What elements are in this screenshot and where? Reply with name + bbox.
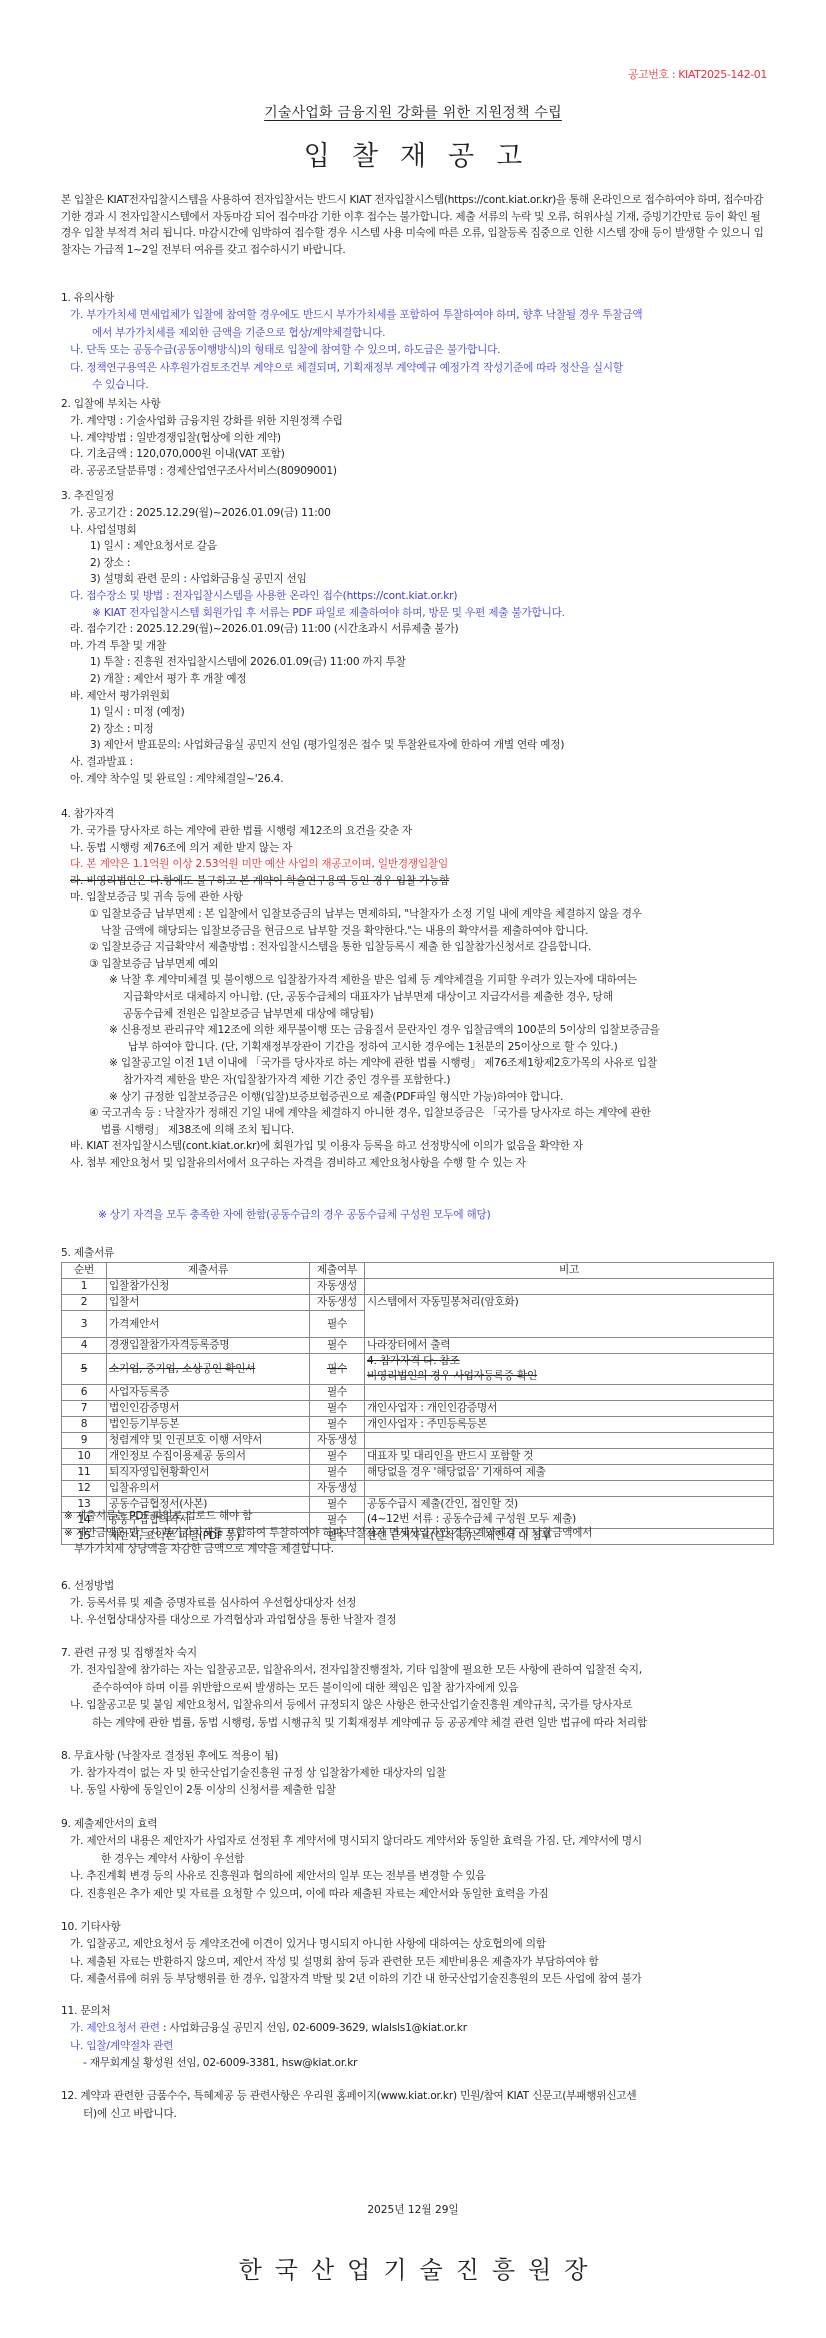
qualification-note: ※ 상기 자격을 모두 충족한 자에 한함(공동수급의 경우 공동수급체 구성원… [98,1207,818,1224]
deposit-exception: ③ 입찰보증금 납부면제 예외 [61,956,781,973]
item-ga: 가. 부가가치세 면세업체가 입찰에 참여할 경우에도 반드시 부가가치세를 포… [61,307,781,325]
cell-note: 해당없을 경우 '해당없음' 기재하여 제출 [365,1465,774,1481]
misc-na: 나. 제출된 자료는 반환하지 않으며, 제안서 작성 및 설명회 참여 등과 … [61,1954,781,1972]
cell-document: 입찰유의서 [107,1481,310,1497]
item-da: 다. 정책연구용역은 사후원가검토조건부 계약으로 체결되며, 기획재정부 계약… [61,360,781,378]
selection-ga: 가. 등록서류 및 제출 증명자료를 심사하여 우선협상대상자 선정 [61,1595,781,1612]
invalidity-ga: 가. 참가자격이 없는 자 및 한국산업기술진흥원 규정 상 입찰참가제한 대상… [61,1765,781,1782]
table-row: 10 개인정보 수집이용제공 동의서 필수 대표자 및 대리인을 반드시 포함할… [62,1449,774,1465]
bid-notice-document: 공고번호 : KIAT2025-142-01 기술사업화 금융지원 강화를 위한… [0,0,826,2338]
bidding-opening: 마. 가격 투찰 및 개찰 [61,638,781,655]
cell-document: 경쟁입찰참가자격등록증명 [107,1338,310,1354]
forfeiture-cont: 법률 시행령」 제38조에 의해 조치 됩니다. [61,1122,781,1139]
presentation-contact: 3) 제안서 발표문의: 사업화금융실 공민지 선임 (평가일정은 접수 및 투… [61,737,781,754]
cell-note [365,1481,774,1497]
pdf-note: ※ 제출서류는 PDF 파일로 업로드 해야 함 [64,1508,784,1525]
section-5-heading: 5. 제출서류 [61,1245,781,1262]
cell-document: 법인등기부등본 [107,1417,310,1433]
cell-no: 7 [62,1401,107,1417]
section-heading: 4. 참가자격 [61,805,781,823]
document-subtitle: 기술사업화 금융지원 강화를 위한 지원정책 수립 [0,106,826,120]
section-6-selection: 6. 선정방법 가. 등록서류 및 제출 증명자료를 심사하여 우선협상대상자 … [61,1577,781,1628]
deposit-pledge-method: ② 입찰보증금 지급확약서 제출방법 : 전자입찰시스템을 통한 입찰등록시 제… [61,939,781,956]
contact-rfp: 가. 제안요청서 관련 : 사업화금융실 공민지 선임, 02-6009-362… [61,2020,781,2038]
contact-rfp-value: : 사업화금융실 공민지 선임, 02-6009-3629, wlalsls1@… [160,2022,467,2034]
section-1-cautions: 1. 유의사항 가. 부가가치세 면세업체가 입찰에 참여할 경우에도 반드시 … [61,289,781,395]
base-amount: 다. 기초금액 : 120,070,000원 이내(VAT 포함) [61,446,781,463]
validity-da: 다. 진흥원은 추가 제안 및 자료를 요청할 수 있으며, 이에 따라 제출된… [61,1886,781,1904]
table-row: 12 입찰유의서 자동생성 [62,1481,774,1497]
qual-na: 나. 동법 시행령 제76조에 의거 제한 받지 않는 자 [61,840,781,857]
cell-no: 6 [62,1385,107,1401]
deposit-exemption-cont: 낙찰 금액에 해당되는 입찰보증금을 현금으로 납부할 것을 확약한다."는 내… [61,923,781,940]
section-4-qualifications: 4. 참가자격 가. 국가를 당사자로 하는 계약에 관한 법률 시행령 제12… [61,805,781,1171]
col-header-required: 제출여부 [310,1263,365,1279]
cell-document: 사업자등록증 [107,1385,310,1401]
cell-no: 3 [62,1311,107,1338]
briefing-session: 나. 사업설명회 [61,522,781,539]
cell-document: 퇴직자영입현황확인서 [107,1465,310,1481]
invalidity-na: 나. 동일 사항에 동일인이 2통 이상의 신청서를 제출한 입찰 [61,1782,781,1799]
col-header-document: 제출서류 [107,1263,310,1279]
evaluation-date: 1) 일시 : 미정 (예정) [61,704,781,721]
issuer-signature: 한국산업기술진흥원장 [0,2258,826,2282]
col-header-no: 순번 [62,1263,107,1279]
regulation-ga: 가. 전자입찰에 참가하는 자는 입찰공고문, 입찰유의서, 전자입찰진행절차,… [61,1662,781,1680]
cell-required: 자동생성 [310,1433,365,1449]
section-10-misc: 10. 기타사항 가. 입찰공고, 제안요청서 등 계약조건에 이견이 있거나 … [61,1918,781,1989]
report-text: 12. 계약과 관련한 금품수수, 특혜제공 등 관련사항은 우리원 홈페이지(… [61,2088,781,2106]
cell-note: 대표자 및 대리인을 반드시 포함할 것 [365,1449,774,1465]
qual-sa: 사. 첨부 제안요청서 및 입찰유의서에서 요구하는 자격을 겸비하고 제안요청… [61,1155,781,1172]
item-da-cont: 수 있습니다. [61,377,781,395]
result-announcement: 사. 결과발표 : [61,754,781,771]
cell-document: 입찰참가신청 [107,1279,310,1295]
table-row-struck: 5 소기업, 중기업, 소상공인 확인서 필수 4. 참가자격 다. 참조 비영… [62,1354,774,1385]
section-heading: 9. 제출제안서의 효력 [61,1815,781,1833]
intro-paragraph: 본 입찰은 KIAT전자입찰시스템을 사용하여 전자입찰서는 반드시 KIAT … [61,192,771,258]
cell-required: 필수 [310,1385,365,1401]
validity-ga: 가. 제안서의 내용은 제안자가 사업자로 선정된 후 계약서에 명시되지 않더… [61,1833,781,1851]
note-line-1: 4. 참가자격 다. 참조 [367,1354,771,1369]
cell-note: 나라장터에서 출력 [365,1338,774,1354]
section-9-proposal-validity: 9. 제출제안서의 효력 가. 제안서의 내용은 제안자가 사업자로 선정된 후… [61,1815,781,1903]
exception-note-3: ※ 입찰공고일 이전 1년 이내에 「국가를 당사자로 하는 계약에 관한 법률… [61,1055,781,1072]
table-row: 9 청렴계약 및 인권보호 이행 서약서 자동생성 [62,1433,774,1449]
cell-required: 필수 [310,1449,365,1465]
subtitle-text: 기술사업화 금융지원 강화를 위한 지원정책 수립 [264,105,562,121]
submission-method: 다. 접수장소 및 방법 : 전자입찰시스템을 사용한 온라인 접수(https… [61,588,781,605]
cell-required: 필수 [310,1465,365,1481]
cell-note [365,1433,774,1449]
opening: 2) 개찰 : 제안서 평가 후 개찰 예정 [61,671,781,688]
section-5-notes: ※ 제출서류는 PDF 파일로 업로드 해야 함 ※ 제안금액은 반드시 부가가… [64,1508,784,1558]
bidding: 1) 투찰 : 진흥원 전자입찰시스템에 2026.01.09(금) 11:00… [61,654,781,671]
cell-required: 필수 [310,1401,365,1417]
exception-note-1-cont2: 공동수급체 전원은 입찰보증금 납부면제 대상에 해당됨) [61,1006,781,1023]
qual-ra-struck: 라. 비영리법인은 다.항에도 불구하고 본 계약이 학술연구용역 등인 경우 … [61,873,781,890]
section-heading: 8. 무효사항 (낙찰자로 결정된 후에도 적용이 됨) [61,1747,781,1765]
announcement-period: 가. 공고기간 : 2025.12.29(월)~2026.01.09(금) 11… [61,505,781,522]
cell-document: 소기업, 중기업, 소상공인 확인서 [107,1354,310,1385]
exception-note-1: ※ 낙찰 후 계약미체결 및 불이행으로 입찰참가자격 제한을 받은 업체 등 … [61,972,781,989]
cell-note: 4. 참가자격 다. 참조 비영리법인의 경우 사업자등록증 확인 [365,1354,774,1385]
table-row: 11 퇴직자영입현황확인서 필수 해당없을 경우 '해당없음' 기재하여 제출 [62,1465,774,1481]
cell-required: 필수 [310,1354,365,1385]
briefing-date: 1) 일시 : 제안요청서로 갈음 [61,538,781,555]
section-heading: 10. 기타사항 [61,1918,781,1936]
qual-ba: 바. KIAT 전자입찰시스템(cont.kiat.or.kr)에 회원가입 및… [61,1138,781,1155]
cell-no: 2 [62,1295,107,1311]
cell-required: 필수 [310,1417,365,1433]
section-3-schedule: 3. 추진일정 가. 공고기간 : 2025.12.29(월)~2026.01.… [61,487,781,787]
cell-required: 필수 [310,1338,365,1354]
cell-note: 개인사업자 : 주민등록등본 [365,1417,774,1433]
procurement-category: 라. 공공조달분류명 : 경제산업연구조사서비스(80909001) [61,463,781,480]
contract-method: 나. 계약방법 : 일반경쟁입찰(협상에 의한 계약) [61,430,781,447]
contract-period: 아. 계약 착수일 및 완료일 : 계약체결일~'26.4. [61,771,781,788]
table-row: 1 입찰참가신청 자동생성 [62,1279,774,1295]
contact-bid-label: 나. 입찰/계약절차 관련 [61,2038,781,2056]
briefing-contact: 3) 설명회 관련 문의 : 사업화금융실 공민지 선임 [61,571,781,588]
section-heading: 7. 관련 규정 및 집행절차 숙지 [61,1644,781,1662]
cell-no: 1 [62,1279,107,1295]
cell-document: 입찰서 [107,1295,310,1311]
exception-note-1-cont1: 지급확약서로 대체하지 아니함. (단, 공동수급체의 대표자가 납부면제 대상… [61,989,781,1006]
misc-da: 다. 제출서류에 허위 등 부당행위를 한 경우, 입찰자격 박탈 및 2년 이… [61,1971,781,1989]
section-heading: 11. 문의처 [61,2002,781,2020]
deposit-exemption: ① 입찰보증금 납부면제 : 본 입찰에서 입찰보증금의 납부는 면제하되, "… [61,906,781,923]
cell-no: 12 [62,1481,107,1497]
cell-no: 10 [62,1449,107,1465]
table-row: 6 사업자등록증 필수 [62,1385,774,1401]
issue-date: 2025년 12월 29일 [0,2205,826,2216]
section-8-invalidity: 8. 무효사항 (낙찰자로 결정된 후에도 적용이 됨) 가. 참가자격이 없는… [61,1747,781,1798]
validity-na: 나. 추진계획 변경 등의 사유로 진흥원과 협의하에 제안서의 일부 또는 전… [61,1868,781,1886]
regulation-na: 나. 입찰공고문 및 붙임 제안요청서, 입찰유의서 등에서 규정되지 않은 사… [61,1697,781,1715]
cell-required: 자동생성 [310,1295,365,1311]
table-row: 7 법인인감증명서 필수 개인사업자 : 개인인감증명서 [62,1401,774,1417]
forfeiture: ④ 국고귀속 등 : 낙찰자가 정해진 기일 내에 계약을 체결하지 아니한 경… [61,1105,781,1122]
cell-required: 자동생성 [310,1279,365,1295]
section-heading: 2. 입찰에 부치는 사항 [61,395,781,413]
table-row: 4 경쟁입찰참가자격등록증명 필수 나라장터에서 출력 [62,1338,774,1354]
cell-document: 가격제안서 [107,1311,310,1338]
cell-note: 시스템에서 자동밀봉처리(암호화) [365,1295,774,1338]
cell-document: 청렴계약 및 인권보호 이행 서약서 [107,1433,310,1449]
briefing-place: 2) 장소 : [61,555,781,572]
section-12-report: 12. 계약과 관련한 금품수수, 특혜제공 등 관련사항은 우리원 홈페이지(… [61,2088,781,2123]
note-line-2: 비영리법인의 경우 사업자등록증 확인 [367,1369,771,1384]
item-ga-cont: 에서 부가가치세를 제외한 금액을 기준으로 협상/계약체결합니다. [61,325,781,343]
exception-note-2: ※ 신용정보 관리규약 제12조에 의한 채무불이행 또는 금융질서 문란자인 … [61,1022,781,1039]
exception-note-4: ※ 상기 규정한 입찰보증금은 이행(입찰)보증보험증권으로 제출(PDF파일 … [61,1089,781,1106]
cell-note: 개인사업자 : 개인인감증명서 [365,1401,774,1417]
qual-da: 다. 본 계약은 1.1억원 이상 2.53억원 미만 예산 사업의 재공고이며… [61,856,781,873]
qual-ga: 가. 국가를 당사자로 하는 계약에 관한 법률 시행령 제12조의 요건을 갖… [61,823,781,840]
cell-document: 개인정보 수집이용제공 동의서 [107,1449,310,1465]
section-7-regulations: 7. 관련 규정 및 집행절차 숙지 가. 전자입찰에 참가하는 자는 입찰공고… [61,1644,781,1732]
vat-note-cont: 부가가치세 상당액을 차감한 금액으로 계약을 체결합니다. [64,1541,784,1558]
section-heading: 5. 제출서류 [61,1245,781,1262]
cell-no: 4 [62,1338,107,1354]
cell-note [365,1385,774,1401]
cell-note [365,1279,774,1295]
submission-period: 라. 접수기간 : 2025.12.29(월)~2026.01.09(금) 11… [61,621,781,638]
validity-ga-cont: 한 경우는 계약서 사항이 우선함 [61,1851,781,1869]
cell-no: 11 [62,1465,107,1481]
contact-rfp-label: 가. 제안요청서 관련 [70,2022,160,2034]
evaluation-place: 2) 장소 : 미정 [61,721,781,738]
qualification-note-text: ※ 상기 자격을 모두 충족한 자에 한함(공동수급의 경우 공동수급체 구성원… [98,1207,818,1224]
selection-na: 나. 우선협상대상자를 대상으로 가격협상과 과업협상을 통한 낙찰자 결정 [61,1612,781,1629]
table-row: 8 법인등기부등본 필수 개인사업자 : 주민등록등본 [62,1417,774,1433]
cell-no: 8 [62,1417,107,1433]
evaluation-committee: 바. 제안서 평가위원회 [61,688,781,705]
vat-note: ※ 제안금액은 반드시 부가가치세를 포함하여 투찰하여야 하며 낙찰자가 면세… [64,1525,784,1542]
exception-note-2-cont: 납부 하여야 합니다. (단, 기획재정부장관이 기간을 정하여 고시한 경우에… [61,1039,781,1056]
cell-document: 법인인감증명서 [107,1401,310,1417]
section-heading: 1. 유의사항 [61,289,781,307]
required-documents-table: 순번 제출서류 제출여부 비고 1 입찰참가신청 자동생성 2 입찰서 자동생성… [61,1262,774,1545]
exception-note-3-cont: 참가자격 제한을 받은 자(입찰참가자격 제한 기간 중인 경우를 포함한다.) [61,1072,781,1089]
section-11-contact: 11. 문의처 가. 제안요청서 관련 : 사업화금융실 공민지 선임, 02-… [61,2002,781,2073]
contact-bid-value: - 재무회계실 황성원 선임, 02-6009-3381, hsw@kiat.o… [61,2055,781,2073]
section-2-bid-items: 2. 입찰에 부치는 사항 가. 계약명 : 기술사업화 금융지원 강화를 위한… [61,395,781,479]
document-title: 입찰재공고 [0,143,826,170]
cell-required: 자동생성 [310,1481,365,1497]
table-row: 2 입찰서 자동생성 시스템에서 자동밀봉처리(암호화) [62,1295,774,1311]
section-heading: 6. 선정방법 [61,1577,781,1595]
contract-name: 가. 계약명 : 기술사업화 금융지원 강화를 위한 지원정책 수립 [61,413,781,430]
cell-no: 9 [62,1433,107,1449]
table-header-row: 순번 제출서류 제출여부 비고 [62,1263,774,1279]
qual-ma: 마. 입찰보증금 및 귀속 등에 관한 사항 [61,889,781,906]
item-na: 나. 단독 또는 공동수급(공동이행방식)의 형태로 입찰에 참여할 수 있으며… [61,342,781,360]
col-header-note: 비고 [365,1263,774,1279]
cell-no: 5 [62,1354,107,1385]
report-text-cont: 터)에 신고 바랍니다. [61,2106,781,2124]
section-heading: 3. 추진일정 [61,487,781,505]
regulation-na-cont: 하는 계약에 관한 법률, 동법 시행령, 동법 시행규칙 및 기획재정부 계약… [61,1715,781,1733]
notice-number: 공고번호 : KIAT2025-142-01 [628,69,767,80]
misc-ga: 가. 입찰공고, 제안요청서 등 계약조건에 이견이 있거나 명시되지 아니한 … [61,1936,781,1954]
regulation-ga-cont: 준수하여야 하며 이를 위반함으로써 발생하는 모든 불이익에 대한 책임은 입… [61,1680,781,1698]
cell-required: 필수 [310,1311,365,1338]
submission-note: ※ KIAT 전자입찰시스템 회원가입 후 서류는 PDF 파일로 제출하여야 … [61,605,781,622]
